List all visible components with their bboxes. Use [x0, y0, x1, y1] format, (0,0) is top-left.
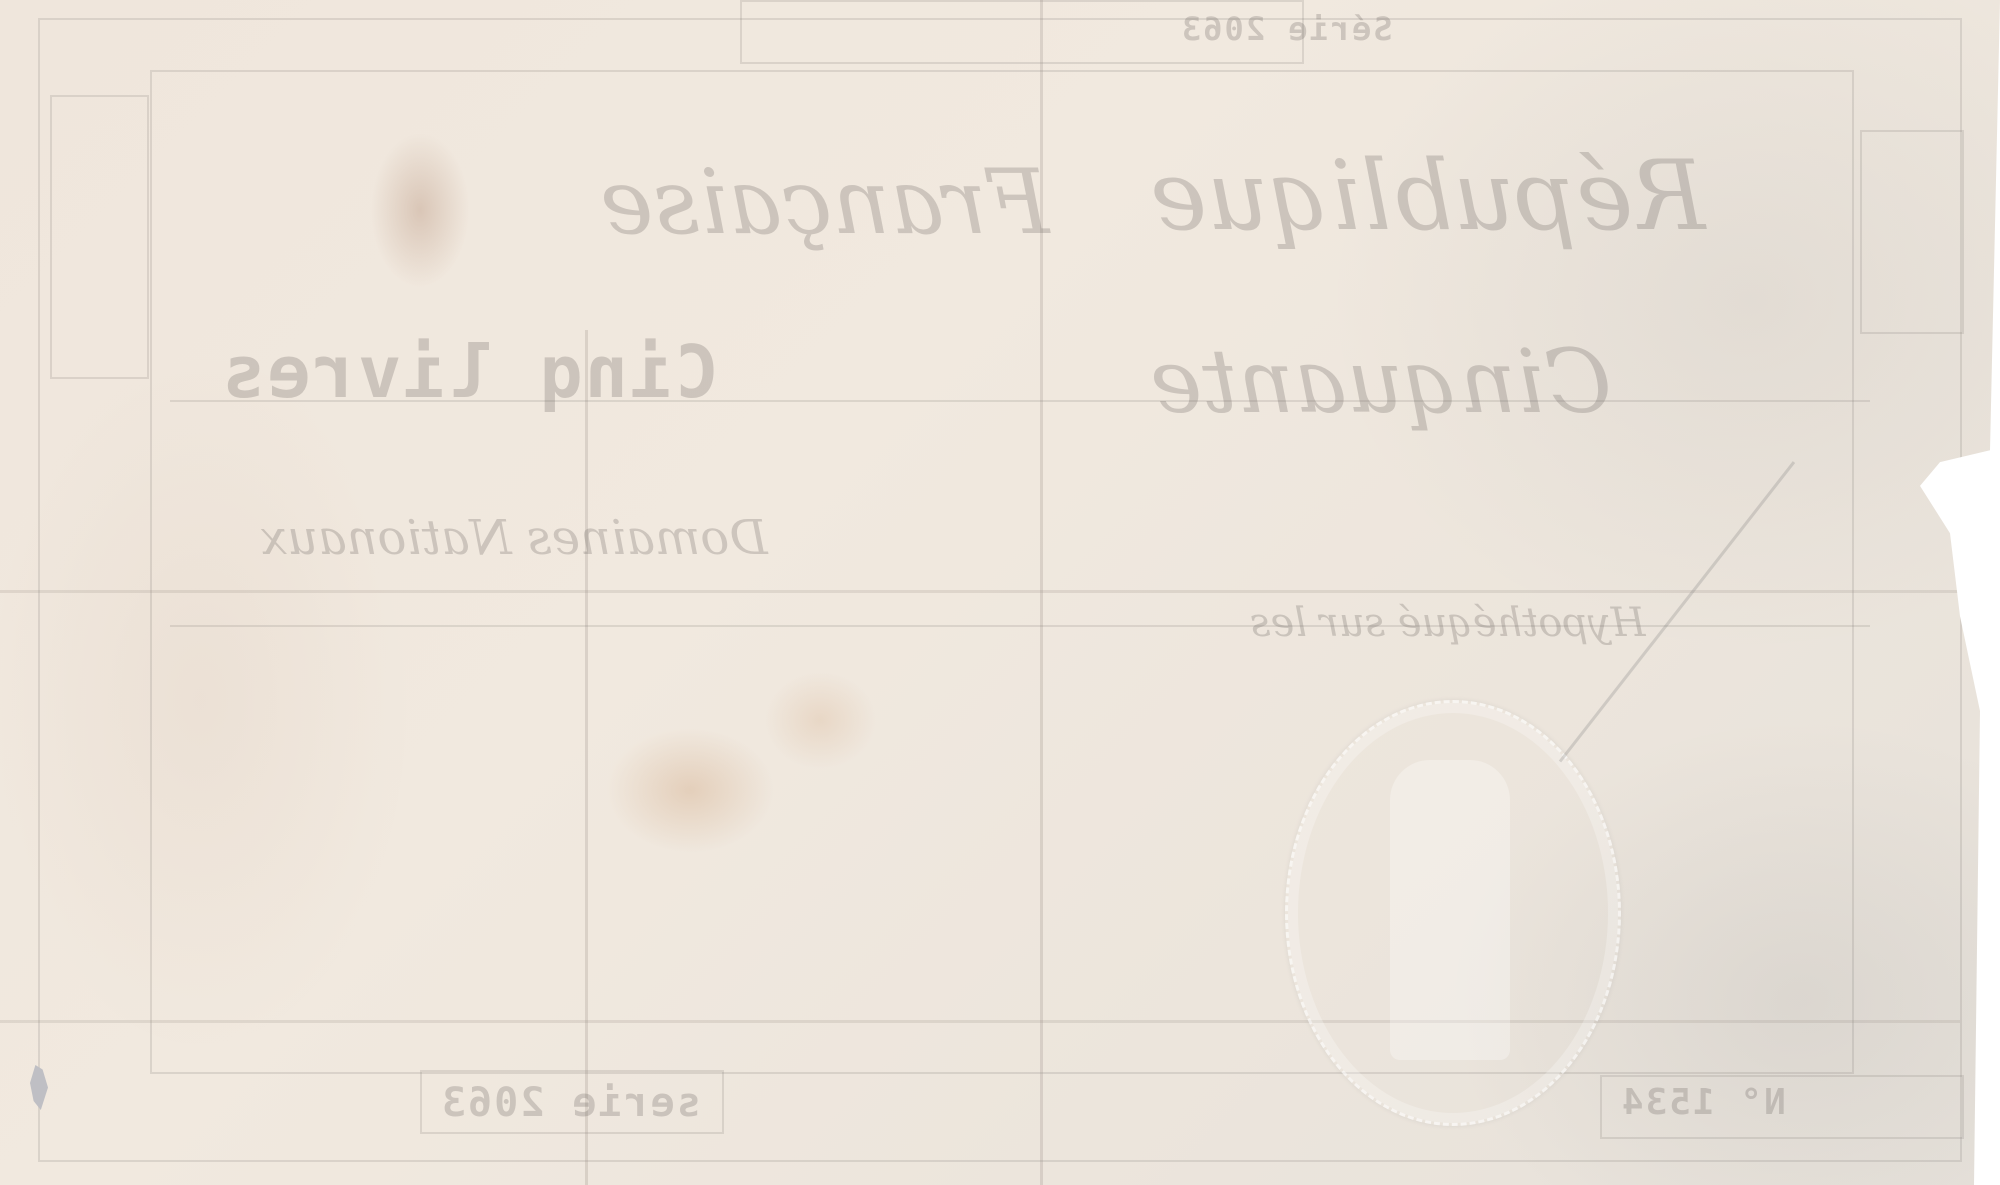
banknote-paper: Série 2063 République Française Cinquant…: [0, 0, 2000, 1185]
lower-fold: [0, 1020, 1960, 1023]
left-corner-box: [50, 95, 149, 379]
show-through-title-1: République: [1150, 140, 1705, 252]
right-corner-box: [1860, 130, 1964, 334]
left-fold: [585, 330, 588, 1185]
show-through-bottom-number: N° 1534: [1620, 1082, 1786, 1123]
seal-figure-icon: [1390, 760, 1510, 1060]
horizontal-fold: [0, 590, 1960, 593]
show-through-middle-line: Domaines Nationaux: [260, 510, 768, 566]
show-through-value-line: Cinquante: [1150, 330, 1612, 433]
show-through-hypotheque: Hypothéqué sur les: [1250, 600, 1646, 646]
show-through-title-2: Française: [600, 150, 1049, 255]
show-through-value-line-2: Cinq livres: [220, 330, 719, 414]
show-through-top-serie: Série 2063: [1180, 10, 1393, 48]
show-through-bottom-serie: serie 2063: [440, 1080, 701, 1126]
